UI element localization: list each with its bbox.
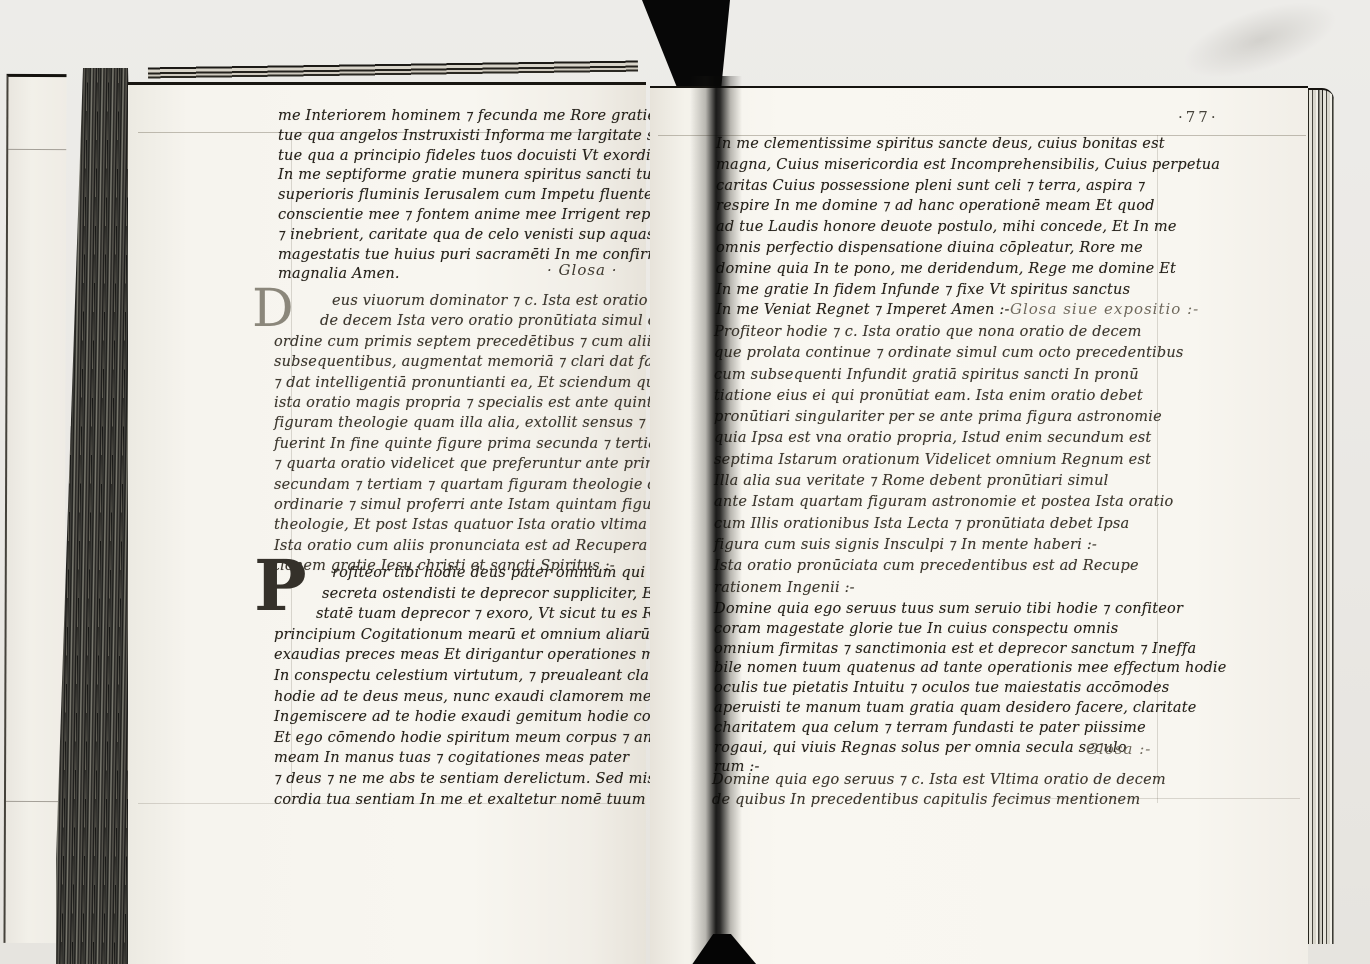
right-gloss-domine: Domine quia ego seruus ⁊ c. Ista est Vlt… xyxy=(712,770,1166,810)
manuscript-text-line: aperuisti te manum tuam gratia quam desi… xyxy=(714,699,1227,719)
manuscript-text-line: caritas Cuius possessione pleni sunt cel… xyxy=(716,176,1220,197)
manuscript-text-line: coram magestate glorie tue In cuius cons… xyxy=(714,620,1227,640)
manuscript-text-line: Ingemiscere ad te hodie exaudi gemitum h… xyxy=(274,707,712,728)
manuscript-text-line: conscientie mee ⁊ fontem anime mee Irrig… xyxy=(278,206,710,226)
manuscript-text-line: In me clementissime spiritus sancte deus… xyxy=(716,134,1220,155)
manuscript-text-line: respire In me domine ⁊ ad hanc operation… xyxy=(716,196,1220,217)
manuscript-text-line: tue qua angelos Instruxisti Informa me l… xyxy=(278,127,710,147)
manuscript-text-line: figura cum suis signis Insculpi ⁊ In men… xyxy=(714,535,1184,556)
photo-smudge xyxy=(1175,0,1346,93)
manuscript-text-line: septima Istarum orationum Videlicet omni… xyxy=(714,450,1184,471)
spine-strap xyxy=(642,0,730,88)
manuscript-text-line: ante Istam quartam figuram astronomie et… xyxy=(714,492,1184,513)
manuscript-text-line: rationem Ingenii :- xyxy=(714,578,1184,599)
manuscript-text-line: tiatione eius ei qui pronūtiat eam. Ista… xyxy=(714,386,1184,407)
manuscript-text-line: meam In manus tuas ⁊ cogitationes meas p… xyxy=(274,748,712,769)
manuscript-text-line: cum subsequenti Infundit gratiā spiritus… xyxy=(714,365,1184,386)
manuscript-text-line: In conspectu celestium virtutum, ⁊ preua… xyxy=(274,666,712,687)
manuscript-text-line: Illa alia sua veritate ⁊ Rome debent pro… xyxy=(714,471,1184,492)
manuscript-text-line: que prolata continue ⁊ ordinate simul cu… xyxy=(714,343,1184,364)
manuscript-text-line: cordia tua sentiam In me et exaltetur no… xyxy=(274,790,712,811)
manuscript-text-line: principium Cogitationum mearū et omnium … xyxy=(274,625,712,646)
manuscript-text-line: ⁊ inebrient, caritate qua de celo venist… xyxy=(278,226,710,246)
manuscript-photo: me Interiorem hominem ⁊ fecunda me Rore … xyxy=(0,0,1370,964)
under-leaf-rule xyxy=(6,801,64,802)
manuscript-text-line: magnalia Amen. xyxy=(278,265,710,285)
manuscript-text-line: pronūtiari singulariter per se ante prim… xyxy=(714,407,1184,428)
manuscript-text-line: exaudias preces meas Et dirigantur opera… xyxy=(274,645,712,666)
manuscript-text-line: quia Ipsa est vna oratio propria, Istud … xyxy=(714,428,1184,449)
manuscript-text-line: bile nomen tuum quatenus ad tante operat… xyxy=(714,659,1227,679)
right-page: ·77· In me clementissime spiritus sancte… xyxy=(650,86,1308,964)
folio-number: ·77· xyxy=(1178,108,1219,126)
manuscript-text-line: Domine quia ego seruus ⁊ c. Ista est Vlt… xyxy=(712,770,1166,790)
initial-letter-D: D xyxy=(252,283,294,335)
manuscript-text-line: ⁊ deus ⁊ ne me abs te sentiam derelictum… xyxy=(274,769,712,790)
manuscript-text-line: hodie ad te deus meus, nunc exaudi clamo… xyxy=(274,687,712,708)
left-prayer-profiteor: P rofiteor tibi hodie deus pater omnium … xyxy=(274,563,712,810)
manuscript-text-line: Profiteor hodie ⁊ c. Ista oratio que non… xyxy=(714,322,1184,343)
right-prayer-continuation: In me clementissime spiritus sancte deus… xyxy=(716,134,1220,321)
manuscript-text-line: ad tue Laudis honore deuote postulo, mih… xyxy=(716,217,1220,238)
right-gloss-profiteor: Profiteor hodie ⁊ c. Ista oratio que non… xyxy=(714,322,1184,599)
initial-letter-P: P xyxy=(254,551,307,621)
manuscript-text-line: In me septiforme gratie munera spiritus … xyxy=(278,166,710,186)
manuscript-text-line: cum Illis orationibus Ista Lecta ⁊ pronū… xyxy=(714,514,1184,535)
glosa-inline-heading: Glosa siue expositio :- xyxy=(1010,300,1199,318)
underlying-page-edge xyxy=(3,74,66,943)
glosa-faint-mark: Glosa :- xyxy=(1086,740,1151,758)
manuscript-text-line: domine quia In te pono, me deridendum, R… xyxy=(716,259,1220,280)
glosa-heading: · Glosa · xyxy=(547,261,618,279)
manuscript-text-line: tue qua a principio fideles tuos docuist… xyxy=(278,147,710,167)
under-leaf-rule xyxy=(8,149,66,150)
left-page: me Interiorem hominem ⁊ fecunda me Rore … xyxy=(128,82,646,964)
manuscript-text-line: Et ego cōmendo hodie spiritum meum corpu… xyxy=(274,728,712,749)
manuscript-text-line: superioris fluminis Ierusalem cum Impetu… xyxy=(278,186,710,206)
left-prayer-ending: me Interiorem hominem ⁊ fecunda me Rore … xyxy=(278,107,710,285)
manuscript-text-line: de quibus In precedentibus capitulis fec… xyxy=(712,790,1166,810)
manuscript-text-line: Ista oratio pronūciata cum precedentibus… xyxy=(714,556,1184,577)
manuscript-text-line: omnis perfectio dispensatione diuina cōp… xyxy=(716,238,1220,259)
manuscript-text-line: magna, Cuius misericordia est Incomprehe… xyxy=(716,155,1220,176)
manuscript-text-line: charitatem qua celum ⁊ terram fundasti t… xyxy=(714,719,1227,739)
manuscript-text-line: omnium firmitas ⁊ sanctimonia est et dep… xyxy=(714,640,1227,660)
manuscript-text-line: oculis tue pietatis Intuitu ⁊ oculos tue… xyxy=(714,679,1227,699)
manuscript-text-line: me Interiorem hominem ⁊ fecunda me Rore … xyxy=(278,107,710,127)
manuscript-text-line: Domine quia ego seruus tuus sum seruio t… xyxy=(714,600,1227,620)
gutter-shadow xyxy=(690,76,742,964)
manuscript-text-line: magestatis tue huius puri sacramēti In m… xyxy=(278,246,710,266)
manuscript-text-line: In me gratie In fidem Infunde ⁊ fixe Vt … xyxy=(716,280,1220,301)
page-stack-top-edges xyxy=(148,59,638,84)
